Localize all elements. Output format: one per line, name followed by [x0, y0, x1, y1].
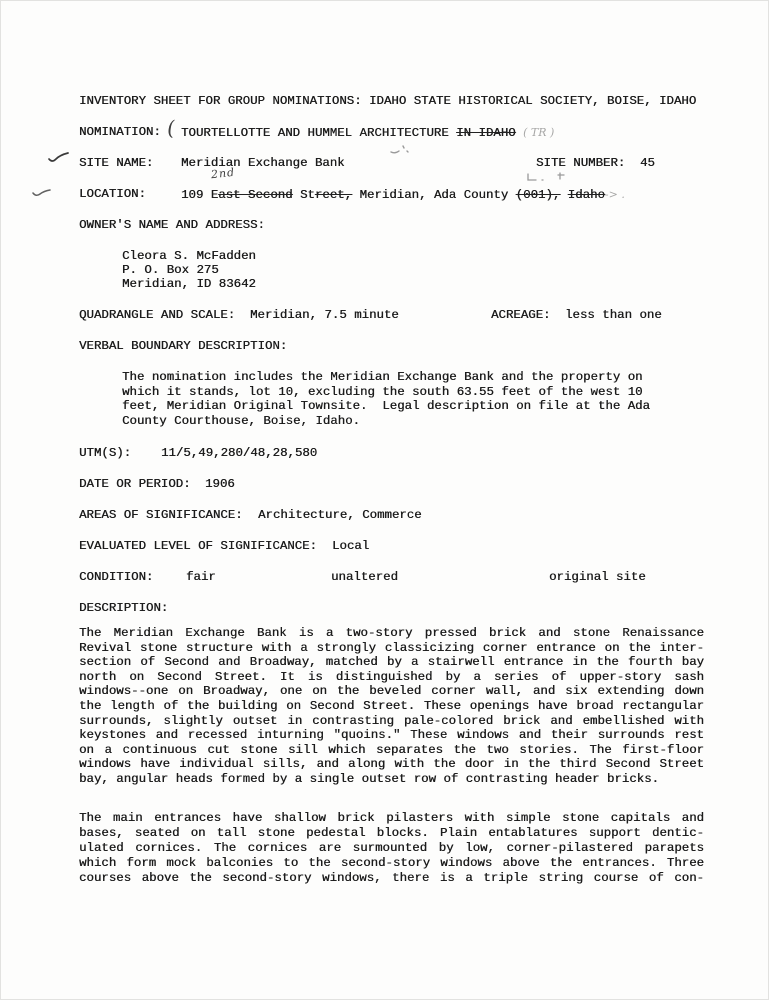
location-segment: 109 E: [181, 188, 218, 202]
date-or-period-line: DATE OR PERIOD: 1906: [79, 477, 739, 492]
condition-label: CONDITION:: [79, 570, 153, 585]
areas-of-significance-line: AREAS OF SIGNIFICANCE: Architecture, Com…: [79, 508, 739, 523]
description-line: The Meridian Exchange Bank is a two-stor…: [79, 626, 704, 641]
location-label: LOCATION:: [79, 187, 146, 202]
description-line: courses above the second-story windows, …: [79, 871, 704, 886]
description-line: ulated cornices. The cornices are surmou…: [79, 841, 704, 856]
location-segment-struck: reet,: [315, 188, 352, 202]
document-content: INVENTORY SHEET FOR GROUP NOMINATIONS: I…: [79, 94, 739, 911]
site-name-value: Meridian Exchange Bank: [181, 156, 345, 171]
verbal-boundary-paragraph: The nomination includes the Meridian Exc…: [122, 370, 739, 428]
owner-city: Meridian, ID 83642: [122, 277, 739, 291]
acreage-value: less than one: [565, 308, 662, 323]
verbal-boundary-line: The nomination includes the Meridian Exc…: [122, 370, 739, 385]
document-title: INVENTORY SHEET FOR GROUP NOMINATIONS: I…: [79, 94, 696, 109]
evaluated-level-line: EVALUATED LEVEL OF SIGNIFICANCE: Local: [79, 539, 739, 554]
owner-address-block: Cleora S. McFadden P. O. Box 275 Meridia…: [122, 249, 739, 291]
owner-po-box: P. O. Box 275: [122, 263, 739, 277]
location-segment: [560, 188, 567, 202]
nomination-value: TOURTELLOTTE AND HUMMEL ARCHITECTURE IN …: [181, 125, 554, 141]
verbal-boundary-line: feet, Meridian Original Townsite. Legal …: [122, 399, 739, 414]
document-title-line: INVENTORY SHEET FOR GROUP NOMINATIONS: I…: [79, 94, 739, 109]
nomination-name: TOURTELLOTTE AND HUMMEL ARCHITECTURE: [181, 126, 456, 140]
nomination-label: NOMINATION:: [79, 125, 161, 140]
handwritten-paren-icon: (: [166, 121, 175, 137]
site-name-label: SITE NAME:: [79, 156, 153, 171]
areas-label: AREAS OF SIGNIFICANCE:: [79, 508, 243, 523]
handwritten-checkmark-site-name: [48, 150, 70, 164]
description-line: bay, angular heads formed by a single ou…: [79, 772, 704, 787]
description-line: which form mock balconies to the second-…: [79, 856, 704, 871]
nomination-line: NOMINATION: ( TOURTELLOTTE AND HUMMEL AR…: [79, 125, 739, 140]
handwritten-checkmark-location: [32, 186, 52, 198]
description-line: bases, seated on tall stone pedestal blo…: [79, 826, 704, 841]
description-line: on a continuous cut stone sill which sep…: [79, 743, 704, 758]
location-segment-struck: ast Second: [218, 188, 292, 202]
location-segment: St: [293, 188, 315, 202]
site-number-value: 45: [640, 156, 655, 171]
scanned-document-page: 2nd INVENTORY SHEET FOR GROUP NOMINATION…: [0, 0, 769, 1000]
verbal-boundary-label-line: VERBAL BOUNDARY DESCRIPTION:: [79, 339, 739, 354]
date-or-period-label: DATE OR PERIOD:: [79, 477, 191, 492]
handwritten-arrow: -> .: [605, 188, 625, 201]
condition-item-original-site: original site: [549, 570, 646, 585]
description-line: windows have individual sills, and along…: [79, 757, 704, 772]
areas-value: Architecture, Commerce: [258, 508, 422, 523]
quadrangle-value: Meridian, 7.5 minute: [250, 308, 399, 323]
evaluated-level-label: EVALUATED LEVEL OF SIGNIFICANCE:: [79, 539, 317, 554]
site-number-label: SITE NUMBER:: [536, 156, 625, 171]
evaluated-level-value: Local: [332, 539, 369, 554]
utm-label: UTM(S):: [79, 446, 131, 461]
condition-item-unaltered: unaltered: [331, 570, 398, 585]
utm-value: 11/5,49,280/48,28,580: [161, 446, 317, 461]
description-line: surrounds, slightly outset in contrastin…: [79, 714, 704, 729]
handwritten-note: ( TR ): [523, 126, 554, 139]
utm-line: UTM(S): 11/5,49,280/48,28,580: [79, 446, 739, 461]
verbal-boundary-line: County Courthouse, Boise, Idaho.: [122, 414, 739, 429]
nomination-struck-text: IN IDAHO: [456, 126, 516, 140]
verbal-boundary-line: which it stands, lot 10, excluding the s…: [122, 385, 739, 400]
site-name-line: SITE NAME: Meridian Exchange Bank SITE N…: [79, 156, 739, 171]
date-or-period-value: 1906: [205, 477, 235, 492]
owner-name: Cleora S. McFadden: [122, 249, 739, 263]
description-paragraph-1: The Meridian Exchange Bank is a two-stor…: [79, 626, 704, 787]
owner-label-line: OWNER'S NAME AND ADDRESS:: [79, 218, 739, 233]
description-line: the length of the building on Second Str…: [79, 699, 704, 714]
description-line: north on Second Street. It is distinguis…: [79, 670, 704, 685]
description-line: Revival stone structure with a strongly …: [79, 641, 704, 656]
quadrangle-line: QUADRANGLE AND SCALE: Meridian, 7.5 minu…: [79, 308, 739, 323]
description-label: DESCRIPTION:: [79, 601, 168, 616]
description-line: keystones and recessed inturning "quoins…: [79, 728, 704, 743]
condition-line: CONDITION: fair unaltered original site: [79, 570, 739, 585]
description-label-line: DESCRIPTION:: [79, 601, 739, 616]
location-segment: Meridian, Ada County: [352, 188, 516, 202]
acreage-label: ACREAGE:: [491, 308, 551, 323]
location-value: 109 East Second Street, Meridian, Ada Co…: [181, 187, 625, 203]
location-segment-struck: (001),: [516, 188, 561, 202]
location-segment-struck: Idaho: [568, 188, 605, 202]
description-line: The main entrances have shallow brick pi…: [79, 811, 704, 826]
condition-item-fair: fair: [186, 570, 216, 585]
owner-label: OWNER'S NAME AND ADDRESS:: [79, 218, 265, 233]
description-line: section of Second and Broadway, matched …: [79, 655, 704, 670]
description-paragraph-2: The main entrances have shallow brick pi…: [79, 811, 704, 887]
quadrangle-label: QUADRANGLE AND SCALE:: [79, 308, 235, 323]
location-line: LOCATION: 109 East Second Street, Meridi…: [79, 187, 739, 202]
description-line: windows--one on Broadway, one on the bev…: [79, 684, 704, 699]
verbal-boundary-label: VERBAL BOUNDARY DESCRIPTION:: [79, 339, 287, 354]
